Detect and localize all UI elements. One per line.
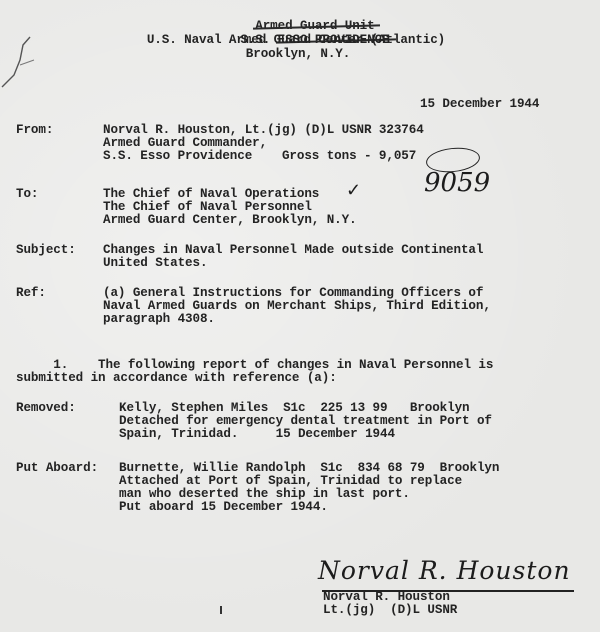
put-aboard-line: Put aboard 15 December 1944.	[119, 501, 328, 515]
check-mark-icon: ✓	[346, 180, 361, 201]
signature-typed-rank: Lt.(jg) (D)L USNR	[323, 604, 457, 618]
letterhead-city: Brooklyn, N.Y.	[0, 48, 596, 62]
ref-line: paragraph 4308.	[103, 313, 215, 327]
from-line: S.S. Esso Providence Gross tons - 9,057	[103, 150, 416, 164]
tonnage-correction-handwritten: 9059	[424, 168, 490, 198]
removed-label: Removed:	[16, 402, 76, 416]
subject-line: United States.	[103, 257, 207, 271]
handwritten-signature: Norval R. Houston	[318, 556, 571, 585]
letterhead-center: U.S. Naval Armed Guard Center (Atlantic)	[0, 34, 592, 48]
subject-label: Subject:	[16, 244, 76, 258]
put-aboard-label: Put Aboard:	[16, 462, 98, 476]
paragraph-1-line: submitted in accordance with reference (…	[16, 372, 337, 386]
document-date: 15 December 1944	[420, 98, 539, 112]
to-line: Armed Guard Center, Brooklyn, N.Y.	[103, 214, 357, 228]
to-label: To:	[16, 188, 38, 202]
document-page: Armed Guard Unit S.S. ESSO PROVIDENCE U.…	[0, 0, 600, 632]
stray-ink-mark	[220, 606, 222, 614]
from-label: From:	[16, 124, 53, 138]
ref-label: Ref:	[16, 287, 46, 301]
removed-line: Spain, Trinidad. 15 December 1944	[119, 428, 395, 442]
